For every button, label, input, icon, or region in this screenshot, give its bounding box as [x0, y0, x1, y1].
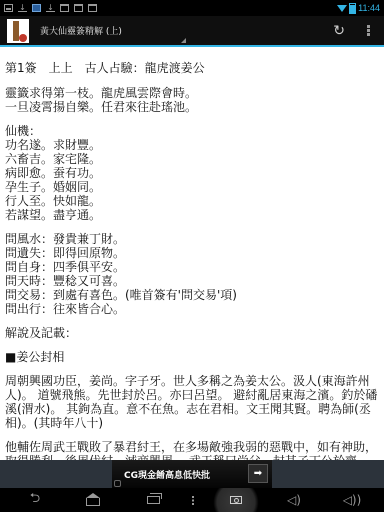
screenshot-button[interactable]: [208, 488, 264, 512]
title-spinner[interactable]: 黃大仙靈簽精解 (上): [40, 15, 182, 46]
questions-section: 問風水：發貴兼丁財。 問遺失：即得回原物。 問自身：四季俱平安。 問天時：豐稔又…: [5, 232, 379, 316]
status-bar: ↓ ↓ 11:44: [0, 0, 384, 16]
arrow-right-icon[interactable]: ➡: [248, 464, 268, 483]
xianji-section: 仙機： 功名遂。求財豐。 六畜吉。家宅隆。 病即愈。蚕有功。 孕生子。婚姻同。 …: [5, 124, 379, 222]
xianji-label: 仙機：: [5, 124, 379, 138]
shopping-bag-icon: [88, 4, 97, 12]
home-button[interactable]: [78, 488, 108, 512]
xianji-line: 行人至。快如龍。: [5, 194, 379, 208]
ad-info-icon[interactable]: [114, 480, 121, 487]
shopping-bag-icon: [60, 4, 69, 12]
keyboard-icon: [32, 4, 41, 12]
xianji-line: 功名遂。求財豐。: [5, 138, 379, 152]
menu-icon: [192, 496, 194, 505]
poem-line: 靈籤求得第一枝。龍虎風雲際會時。: [5, 86, 379, 100]
volume-up-button[interactable]: ◁)): [338, 488, 366, 512]
fortune-content[interactable]: 第1簽 上上 古人占驗：龍虎渡姜公 靈籤求得第一枝。龍虎風雲際會時。 一旦凌霄揚…: [0, 49, 384, 460]
back-button[interactable]: ⮌: [20, 488, 50, 512]
section-title: ■姜公封相: [5, 350, 379, 364]
back-icon: ⮌: [30, 489, 40, 511]
volume-down-icon: ◁): [287, 493, 301, 507]
app-icon[interactable]: [7, 19, 29, 43]
xianji-line: 六畜吉。家宅隆。: [5, 152, 379, 166]
commentary-paragraph: 他輔佐周武王戰敗了暴君紂王，在多場敵強我弱的惡戰中，如有神助，取得勝利。後周伐紂…: [5, 440, 379, 460]
commentary-paragraph: 周朝興國功臣，姜尚。字子牙。世人多稱之為姜太公。汲人(東海許州人)。 道號飛熊。…: [5, 374, 379, 430]
recent-apps-button[interactable]: [138, 488, 168, 512]
question-line: 問遺失：即得回原物。: [5, 246, 379, 260]
home-icon: [86, 498, 100, 506]
camera-icon: [230, 496, 242, 504]
notification-icons: ↓ ↓: [4, 4, 97, 12]
volume-up-icon: ◁)): [343, 493, 362, 507]
seal-icon: [19, 34, 27, 42]
menu-button[interactable]: [188, 488, 198, 512]
navigation-bar: ⮌ ◁) ◁)): [0, 488, 384, 512]
overflow-menu-icon[interactable]: [367, 25, 370, 36]
app-title: 黃大仙靈簽精解 (上): [40, 24, 122, 37]
xianji-line: 孕生子。婚姻同。: [5, 180, 379, 194]
download-icon: ↓: [18, 4, 27, 12]
question-line: 問自身：四季俱平安。: [5, 260, 379, 274]
download-icon: ↓: [46, 4, 55, 12]
xianji-line: 若謀望。盡亨通。: [5, 208, 379, 222]
fortune-poem: 靈籤求得第一枝。龍虎風雲際會時。 一旦凌霄揚自樂。任君來往赴瑤池。: [5, 86, 379, 114]
xianji-line: 病即愈。蚕有功。: [5, 166, 379, 180]
recent-apps-icon: [147, 496, 160, 504]
poem-line: 一旦凌霄揚自樂。任君來往赴瑤池。: [5, 100, 379, 114]
shopping-bag-icon: [74, 4, 83, 12]
battery-icon: [350, 4, 355, 13]
question-line: 問出行：往來皆合心。: [5, 302, 379, 316]
question-line: 問天時：豐稔又可喜。: [5, 274, 379, 288]
ad-text: CG現金餚高息低快批: [124, 468, 210, 481]
ad-banner[interactable]: CG現金餚高息低快批 ➡: [112, 460, 272, 488]
question-line: 問交易：到處有喜色。(唯首簽有'問交易'項): [5, 288, 379, 302]
ad-bar: CG現金餚高息低快批 ➡: [0, 460, 384, 488]
wifi-icon: [337, 5, 347, 12]
fortune-heading: 第1簽 上上 古人占驗：龍虎渡姜公: [5, 61, 379, 75]
clock: 11:44: [358, 3, 380, 13]
action-bar: 黃大仙靈簽精解 (上) ↻: [0, 16, 384, 47]
gallery-icon: [4, 4, 13, 12]
volume-down-button[interactable]: ◁): [282, 488, 306, 512]
question-line: 問風水：發貴兼丁財。: [5, 232, 379, 246]
refresh-icon[interactable]: ↻: [333, 23, 345, 39]
commentary-label: 解說及記載：: [5, 326, 379, 340]
